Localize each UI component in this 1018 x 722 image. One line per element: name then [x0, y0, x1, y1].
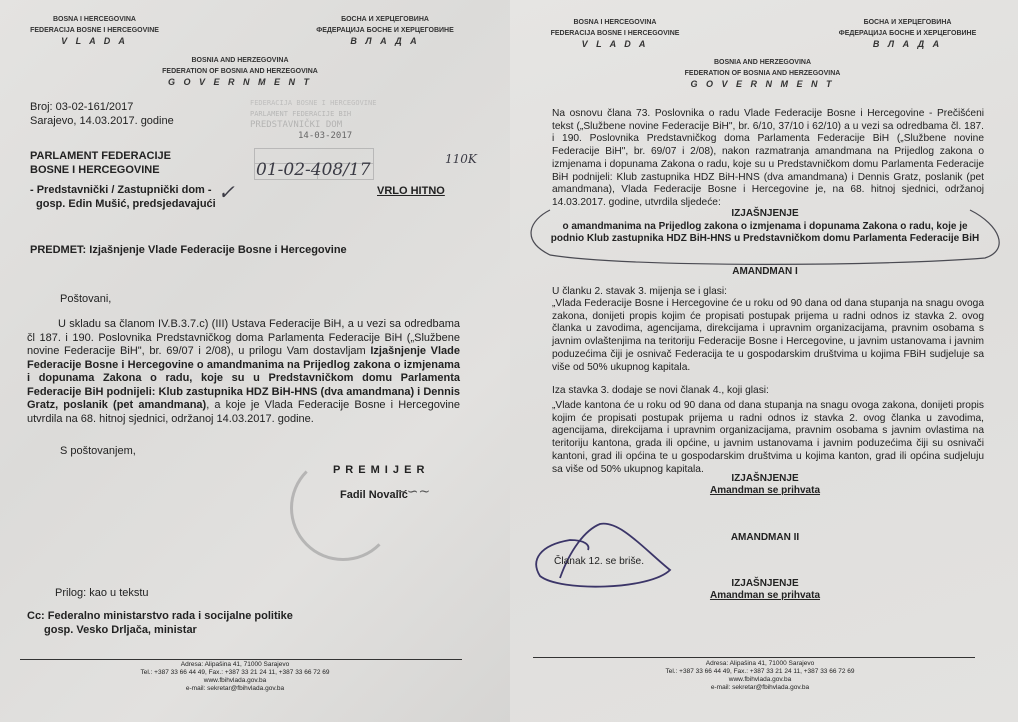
- explanation-title: IZJAŠNJENJE: [530, 208, 1000, 221]
- signature-title: P R E M I J E R: [333, 464, 425, 478]
- letterhead-right-line3: В Л А Д А: [310, 36, 460, 47]
- explanation-subtitle-line1: o amandmanima na Prijedlog zakona o izmj…: [530, 221, 1000, 234]
- footer-email[interactable]: e-mail: sekretar@fbihvlada.gov.ba: [120, 685, 350, 693]
- footer-rule: [533, 657, 975, 658]
- letterhead-right-line3: В Л А Д А: [830, 39, 985, 50]
- recipient-line2: BOSNE I HERCEGOVINE: [30, 164, 171, 178]
- amendment-2-response-text: Amandman se prihvata: [530, 590, 1000, 602]
- letterhead-left-line2: FEDERACIJA BOSNE I HERCEGOVINE: [540, 28, 690, 39]
- letterhead-right-line1: БОСНА И ХЕРЦЕГОВИНА: [830, 17, 985, 28]
- footer-phone: Tel.: +387 33 66 44 49, Fax.: +387 33 21…: [640, 668, 880, 676]
- letterhead-left: BOSNA I HERCEGOVINA FEDERACIJA BOSNE I H…: [22, 14, 167, 47]
- closing: S poštovanjem,: [60, 445, 136, 459]
- footer-phone: Tel.: +387 33 66 44 49, Fax.: +387 33 21…: [120, 669, 350, 677]
- footer: Adresa: Alipašina 41, 71000 Sarajevo Tel…: [120, 661, 350, 693]
- checkmark-icon: ✓: [218, 180, 235, 204]
- amendment-1-heading: AMANDMAN I: [530, 265, 1000, 279]
- main-paragraph: U skladu sa članom IV.B.3.7.c) (III) Ust…: [27, 318, 460, 426]
- subject-line: PREDMET: Izjašnjenje Vlade Federacije Bo…: [30, 244, 347, 258]
- handwritten-note: 110K: [445, 152, 477, 166]
- amendment-1-quote1: „Vlada Federacije Bosne i Hercegovine će…: [552, 298, 984, 374]
- letterhead-center: BOSNIA AND HERZEGOVINA FEDERATION OF BOS…: [680, 57, 845, 90]
- stamp-line2: PARLAMENT FEDERACIJE BIH: [250, 109, 376, 120]
- reference-block: Broj: 03-02-161/2017 Sarajevo, 14.03.201…: [30, 101, 174, 128]
- place-date: Sarajevo, 14.03.2017. godine: [30, 115, 174, 129]
- letterhead-center-line2: FEDERATION OF BOSNIA AND HERZEGOVINA: [680, 68, 845, 79]
- letterhead-right: БОСНА И ХЕРЦЕГОВИНА ФЕДЕРАЦИЈА БОСНЕ И Х…: [310, 14, 460, 47]
- amendment-2-text: Članak 12. se briše.: [554, 555, 644, 569]
- letterhead-left: BOSNA I HERCEGOVINA FEDERACIJA BOSNE I H…: [540, 17, 690, 50]
- recipient-block: PARLAMENT FEDERACIJE BOSNE I HERCEGOVINE: [30, 150, 171, 177]
- footer: Adresa: Alipašina 41, 71000 Sarajevo Tel…: [640, 660, 880, 692]
- left-page: BOSNA I HERCEGOVINA FEDERACIJA BOSNE I H…: [0, 0, 510, 722]
- signature-scribble: ~∽~: [395, 484, 430, 500]
- amendment-1-response-text: Amandman se prihvata: [530, 485, 1000, 497]
- amendment-1-intro2: Iza stavka 3. dodaje se novi članak 4., …: [552, 384, 769, 398]
- house-line2: gosp. Edin Mušić, predsjedavajući: [30, 198, 216, 212]
- explanation-subtitle-line2: podnio Klub zastupnika HDZ BiH-HNS u Pre…: [530, 233, 1000, 246]
- letterhead-center-line3: G O V E R N M E N T: [680, 79, 845, 90]
- letterhead-center-line1: BOSNIA AND HERZEGOVINA: [680, 57, 845, 68]
- cc-block: Cc: Federalno ministarstvo rada i socija…: [27, 610, 293, 637]
- cc-line2: gosp. Vesko Drljača, ministar: [27, 624, 293, 638]
- salutation: Poštovani,: [60, 293, 111, 307]
- letterhead-right-line2: ФЕДЕРАЦИЈА БОСНЕ И ХЕРЦЕГОВИНЕ: [310, 25, 460, 36]
- house-block: - Predstavnički / Zastupnički dom - gosp…: [30, 184, 216, 211]
- amendment-1-response: IZJAŠNJENJE Amandman se prihvata: [530, 473, 1000, 497]
- letterhead-center: BOSNIA AND HERZEGOVINA FEDERATION OF BOS…: [160, 55, 320, 88]
- explanation-title-block: IZJAŠNJENJE o amandmanima na Prijedlog z…: [530, 208, 1000, 246]
- footer-rule: [20, 659, 462, 660]
- footer-address: Adresa: Alipašina 41, 71000 Sarajevo: [640, 660, 880, 668]
- right-page: BOSNA I HERCEGOVINA FEDERACIJA BOSNE I H…: [510, 0, 1018, 722]
- urgency-label: VRLO HITNO: [377, 185, 445, 199]
- registry-stamp: FEDERACIJA BOSNE I HERCEGOVINE PARLAMENT…: [250, 98, 376, 142]
- footer-web[interactable]: www.fbihvlada.gov.ba: [120, 677, 350, 685]
- amendment-1-quote2: „Vlade kantona će u roku od 90 dana od d…: [552, 400, 984, 476]
- letterhead-center-line2: FEDERATION OF BOSNIA AND HERZEGOVINA: [160, 66, 320, 77]
- recipient-line1: PARLAMENT FEDERACIJE: [30, 150, 171, 164]
- intro-paragraph: Na osnovu člana 73. Poslovnika o radu Vl…: [552, 108, 984, 210]
- letterhead-left-line1: BOSNA I HERCEGOVINA: [22, 14, 167, 25]
- stamp-line1: FEDERACIJA BOSNE I HERCEGOVINE: [250, 98, 376, 109]
- attachment-note: Prilog: kao u tekstu: [55, 587, 149, 601]
- handwritten-registry-number: 01-02-408/17: [256, 160, 371, 180]
- amendment-1-intro: U članku 2. stavak 3. mijenja se i glasi…: [552, 285, 727, 299]
- letterhead-right: БОСНА И ХЕРЦЕГОВИНА ФЕДЕРАЦИЈА БОСНЕ И Х…: [830, 17, 985, 50]
- letterhead-center-line3: G O V E R N M E N T: [160, 77, 320, 88]
- stamp-line3: PREDSTAVNIČKI DOM: [250, 120, 376, 131]
- house-line1: - Predstavnički / Zastupnički dom -: [30, 184, 216, 198]
- reference-number: Broj: 03-02-161/2017: [30, 101, 174, 115]
- amendment-2-response: IZJAŠNJENJE Amandman se prihvata: [530, 578, 1000, 602]
- letterhead-left-line1: BOSNA I HERCEGOVINA: [540, 17, 690, 28]
- stamp-date: 14-03-2017: [250, 131, 376, 142]
- letterhead-left-line3: V L A D A: [22, 36, 167, 47]
- letterhead-center-line1: BOSNIA AND HERZEGOVINA: [160, 55, 320, 66]
- letterhead-left-line2: FEDERACIJA BOSNE I HERCEGOVINE: [22, 25, 167, 36]
- footer-address: Adresa: Alipašina 41, 71000 Sarajevo: [120, 661, 350, 669]
- amendment-2-response-heading: IZJAŠNJENJE: [530, 578, 1000, 590]
- footer-web[interactable]: www.fbihvlada.gov.ba: [640, 676, 880, 684]
- letterhead-right-line2: ФЕДЕРАЦИЈА БОСНЕ И ХЕРЦЕГОВИНЕ: [830, 28, 985, 39]
- amendment-1-response-heading: IZJAŠNJENJE: [530, 473, 1000, 485]
- letterhead-left-line3: V L A D A: [540, 39, 690, 50]
- letterhead-right-line1: БОСНА И ХЕРЦЕГОВИНА: [310, 14, 460, 25]
- footer-email[interactable]: e-mail: sekretar@fbihvlada.gov.ba: [640, 684, 880, 692]
- cc-line1: Cc: Federalno ministarstvo rada i socija…: [27, 610, 293, 624]
